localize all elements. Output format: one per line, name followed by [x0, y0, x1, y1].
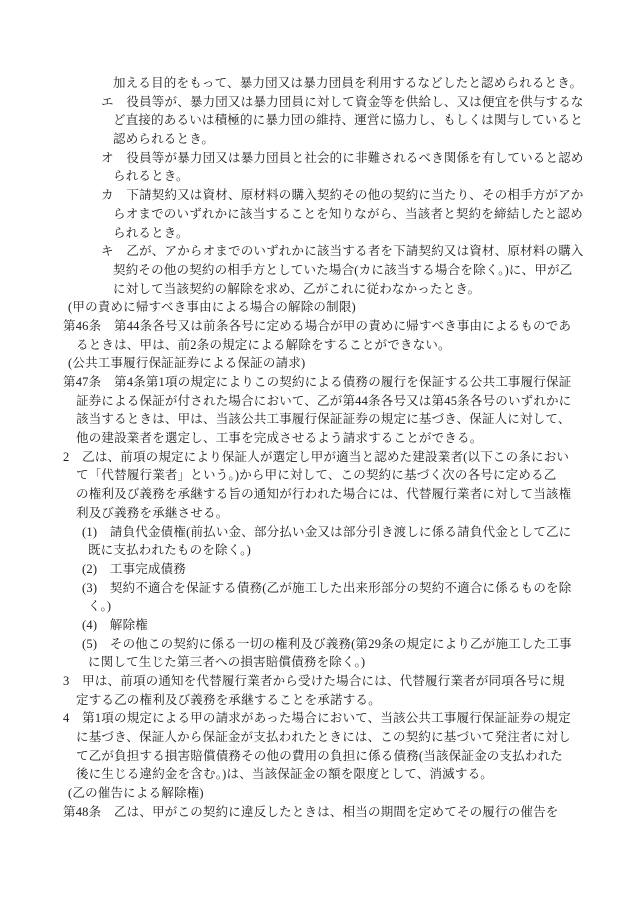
- text-line: (3) 契約不適合を保証する債務(乙が施工した出来形部分の契約不適合に係るものを…: [82, 579, 610, 598]
- text-line: 利及び義務を承継させる。: [76, 504, 610, 523]
- text-line: るときは、甲は、前2条の規定による解除をすることができない。: [76, 336, 610, 355]
- text-line: 第46条 第44条各号又は前条各号に定める場合が甲の責めに帰すべき事由によるもの…: [63, 317, 610, 336]
- text-line: (2) 工事完成債務: [82, 560, 610, 579]
- text-line: 定する乙の権利及び義務を承継することを承諾する。: [76, 691, 610, 710]
- text-line: に基づき、保証人から保証金が支払われたときには、この契約に基づいて発注者に対し: [76, 728, 610, 747]
- text-line: く。): [88, 597, 610, 616]
- text-line: 既に支払われたものを除く。): [88, 541, 610, 560]
- text-line: 加える目的をもって、暴力団又は暴力団員を利用するなどしたと認められるとき。: [113, 74, 610, 93]
- text-line: 契約その他の契約の相手方としていた場合(カに該当する場合を除く。)に、甲が乙: [113, 261, 610, 280]
- text-line: の権利及び義務を承継する旨の通知が行われた場合には、代替履行業者に対して当該権: [76, 485, 610, 504]
- text-line: 2 乙は、前項の規定により保証人が選定し甲が適当と認めた建設業者(以下この条にお…: [63, 448, 610, 467]
- text-line: (甲の責めに帰すべき事由による場合の解除の制限): [68, 298, 610, 317]
- text-line: エ 役員等が、暴力団又は暴力団員に対して資金等を供給し、又は便宜を供与するな: [101, 93, 610, 112]
- text-line: (4) 解除権: [82, 616, 610, 635]
- text-line: 第47条 第4条第1項の規定によりこの契約による債務の履行を保証する公共工事履行…: [63, 373, 610, 392]
- text-line: 第48条 乙は、甲がこの契約に違反したときは、相当の期間を定めてその履行の催告を: [63, 803, 610, 822]
- text-line: 後に生じる違約金を含む。)は、当該保証金の額を限度として、消滅する。: [76, 765, 610, 784]
- document-page: 加える目的をもって、暴力団又は暴力団員を利用するなどしたと認められるとき。エ 役…: [0, 0, 630, 903]
- text-line: 証券による保証が付された場合において、乙が第44条各号又は第45条各号のいずれか…: [76, 392, 610, 411]
- text-line: に対して当該契約の解除を求め、乙がこれに従わなかったとき。: [113, 280, 610, 299]
- text-line: 4 第1項の規定による甲の請求があった場合において、当該公共工事履行保証証券の規…: [63, 709, 610, 728]
- text-line: 3 甲は、前項の通知を代替履行業者から受けた場合には、代替履行業者が同項各号に規: [63, 672, 610, 691]
- document-body: 加える目的をもって、暴力団又は暴力団員を利用するなどしたと認められるとき。エ 役…: [63, 74, 610, 822]
- text-line: らオまでのいずれかに該当することを知りながら、当該者と契約を締結したと認め: [113, 205, 610, 224]
- text-line: (公共工事履行保証証券による保証の請求): [68, 354, 610, 373]
- text-line: キ 乙が、アからオまでのいずれかに該当する者を下請契約又は資材、原材料の購入: [101, 242, 610, 261]
- text-line: (5) その他この契約に係る一切の権利及び義務(第29条の規定により乙が施工した…: [82, 635, 610, 654]
- text-line: られるとき。: [113, 224, 610, 243]
- text-line: (乙の催告による解除権): [68, 784, 610, 803]
- text-line: カ 下請契約又は資材、原材料の購入契約その他の契約に当たり、その相手方がアか: [101, 186, 610, 205]
- text-line: て「代替履行業者」という。)から甲に対して、この契約に基づく次の各号に定める乙: [76, 466, 610, 485]
- text-line: 認められるとき。: [113, 130, 610, 149]
- text-line: に関して生じた第三者への損害賠償債務を除く。): [88, 653, 610, 672]
- text-line: 他の建設業者を選定し、工事を完成させるよう請求することができる。: [76, 429, 610, 448]
- text-line: ど直接的あるいは積極的に暴力団の維持、運営に協力し、もしくは関与していると: [113, 111, 610, 130]
- text-line: て乙が負担する損害賠償債務その他の費用の負担に係る債務(当該保証金の支払われた: [76, 747, 610, 766]
- text-line: (1) 請負代金債権(前払い金、部分払い金又は部分引き渡しに係る請負代金として乙…: [82, 523, 610, 542]
- text-line: 該当するときは、甲は、当該公共工事履行保証証券の規定に基づき、保証人に対して、: [76, 410, 610, 429]
- text-line: られるとき。: [113, 167, 610, 186]
- text-line: オ 役員等が暴力団又は暴力団員と社会的に非難されるべき関係を有していると認め: [101, 149, 610, 168]
